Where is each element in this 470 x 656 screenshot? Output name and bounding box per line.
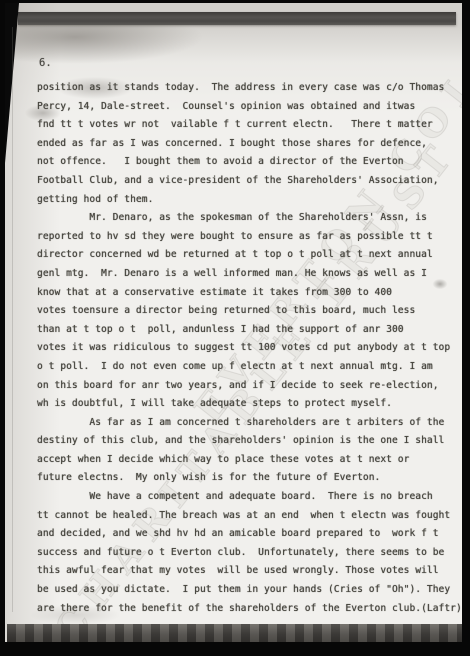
text-line: wh is doubtful, I will take adequate ste… [37, 395, 460, 414]
scanned-document-photo: EVERTON COLLECTION CHARITABLE TRUST 6. p… [0, 0, 470, 656]
text-line: ended as far as I was concerned. I bough… [37, 135, 460, 154]
text-line: votes it was ridiculous to suggest tt 10… [37, 339, 460, 358]
text-line: on this board for anr two years, and if … [37, 377, 460, 396]
text-line: future electns. My only wish is for the … [37, 469, 460, 488]
text-line: getting hod of them. [37, 191, 460, 210]
text-line: know that at a conservative estimate it … [37, 284, 460, 303]
text-line: and decided, and we shd hv hd an amicabl… [37, 525, 460, 544]
text-line: reported to hv sd they were bought to en… [37, 228, 460, 247]
text-line: fnd tt t votes wr not vailable f t curre… [37, 116, 460, 135]
document-page: EVERTON COLLECTION CHARITABLE TRUST 6. p… [5, 3, 462, 642]
text-line: be used as you dictate. I put them in yo… [37, 581, 460, 600]
text-line: We have a competent and adequate board. … [37, 488, 460, 507]
text-line: position as it stands today. The address… [37, 79, 460, 98]
text-line: success and future o t Everton club. Unf… [37, 544, 460, 563]
text-line: not offence. I bought them to avoid a di… [37, 153, 460, 172]
text-line: Football Club, and a vice-president of t… [37, 172, 460, 191]
text-line: than at t top o t poll, andunless I had … [37, 321, 460, 340]
text-line: accept when I decide which way to place … [37, 451, 460, 470]
text-line: tt cannot be healed. The breach was at a… [37, 507, 460, 526]
photo-dark-band-top [18, 12, 456, 25]
text-line: votes toensure a director being returned… [37, 302, 460, 321]
text-line: director concerned wd be returned at t t… [37, 246, 460, 265]
page-number: 6. [39, 57, 52, 69]
text-line: Mr. Denaro, as the spokesman of the Shar… [37, 209, 460, 228]
document-body-text: position as it stands today. The address… [37, 79, 460, 618]
text-line: are there for the benefit of the shareho… [37, 600, 460, 619]
text-line: genl mtg. Mr. Denaro is a well informed … [37, 265, 460, 284]
text-line: As far as I am concerned t shareholders … [37, 414, 460, 433]
text-line: o t poll. I do not even come up f electn… [37, 358, 460, 377]
text-line: destiny of this club, and the shareholde… [37, 432, 460, 451]
text-line: this awful fear that my votes will be us… [37, 562, 460, 581]
photo-dark-band-bottom [7, 624, 462, 642]
page-left-edge-line [12, 27, 13, 612]
text-line: Percy, 14, Dale-street. Counsel's opinio… [37, 98, 460, 117]
